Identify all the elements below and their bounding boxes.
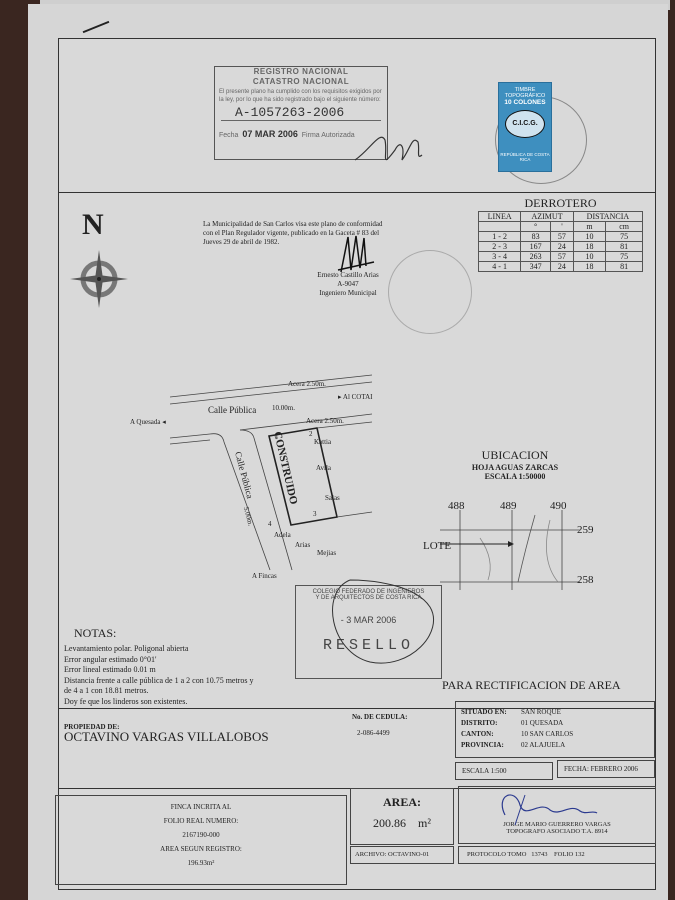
ubicacion-title: UBICACION <box>440 448 590 463</box>
area-unit: m² <box>418 816 431 830</box>
nota-line: Levantamiento polar. Poligonal abierta <box>64 644 299 655</box>
derrotero-cell: 3 - 4 <box>479 252 521 262</box>
neighbor-adela: Adela <box>274 531 291 540</box>
fecha-label: Fecha <box>219 132 238 139</box>
a-quesada-text: A Quesada <box>130 418 161 426</box>
signature-registro <box>350 120 430 180</box>
municipal-signer-block: Ernesto Castillo Arias A-9047 Ingeniero … <box>317 271 379 298</box>
notas-title: NOTAS: <box>74 626 116 641</box>
provincia-value: 02 ALAJUELA <box>521 740 573 751</box>
compass-rose-icon <box>68 248 130 310</box>
area-registro-label: AREA SEGUN REGISTRO: <box>56 842 346 856</box>
header-divider <box>58 192 656 193</box>
timbre-emblem: C.I.C.G. <box>505 110 545 138</box>
situacion-box: SITUADO EN: DISTRITO: CANTON: PROVINCIA:… <box>455 701 655 758</box>
provincia-label: PROVINCIA: <box>461 740 507 751</box>
neighbor-kattia: Kattia <box>314 438 331 447</box>
municipal-code: A-9047 <box>317 280 379 289</box>
municipal-signer: Ernesto Castillo Arias <box>317 271 379 280</box>
cedula-value: 2-086-4499 <box>357 729 390 737</box>
derrotero-cell: 10 <box>573 252 605 262</box>
folio-real-number: 2167190-000 <box>56 828 346 842</box>
stamp-title-2: CATASTRO NACIONAL <box>215 77 387 87</box>
sub-m: m <box>573 222 605 232</box>
area-box: AREA: 200.86 m² <box>350 788 454 845</box>
derrotero-cell: 4 - 1 <box>479 262 521 272</box>
col-azimut: AZIMUT <box>521 212 574 222</box>
site-sketch <box>140 370 410 590</box>
derrotero-cell: 167 <box>521 242 551 252</box>
a-quesada-label: A Quesada ◂ <box>130 418 166 427</box>
derrotero-cell: 57 <box>551 252 574 262</box>
timbre-footer: REPÚBLICA DE COSTA RICA <box>499 152 551 162</box>
a-fincas-label: A Fincas <box>252 572 277 581</box>
area-value: 200.86 <box>373 816 406 830</box>
area-label: AREA: <box>351 795 453 810</box>
escala-box: ESCALA 1:500 <box>455 762 553 780</box>
purpose-title: PARA RECTIFICACION DE AREA <box>442 678 621 693</box>
canton-label: CANTON: <box>461 729 507 740</box>
nota-line: de 4 a 1 con 18.81 metros. <box>64 686 299 697</box>
finca-line2: FOLIO REAL NUMERO: <box>56 814 346 828</box>
derrotero-table: DERROTERO LINEA AZIMUT DISTANCIA ° ' m c… <box>478 196 643 272</box>
derrotero-cell: 75 <box>606 232 643 242</box>
timbre-line1: TIMBRE TOPOGRÁFICO <box>499 87 551 99</box>
neighbor-avila: Avila <box>316 464 331 473</box>
sub-deg: ° <box>521 222 551 232</box>
calle-publica-horizontal: Calle Pública <box>208 405 256 415</box>
calle-width: 10.00m. <box>272 404 295 413</box>
derrotero-cell: 18 <box>573 262 605 272</box>
col-distancia: DISTANCIA <box>573 212 642 222</box>
al-cotai-label: ▸ Al COTAI <box>338 393 372 402</box>
derrotero-cell: 83 <box>521 232 551 242</box>
location-map <box>440 510 580 590</box>
registro-date: 07 MAR 2006 <box>242 129 298 139</box>
timbre-stamp: TIMBRE TOPOGRÁFICO 10 COLONES C.I.C.G. R… <box>498 82 552 172</box>
vertex-1: 1 <box>275 432 279 441</box>
firma-label: Firma Autorizada <box>302 132 355 139</box>
owner-name: OCTAVINO VARGAS VILLALOBOS <box>64 729 269 745</box>
sub-min: ' <box>551 222 574 232</box>
folio-value: 132 <box>575 851 585 858</box>
derrotero-cell: 347 <box>521 262 551 272</box>
derrotero-cell: 24 <box>551 262 574 272</box>
protocolo-box: PROTOCOLO TOMO 13743 FOLIO 132 <box>458 846 656 864</box>
situado-value: SAN ROQUE <box>521 707 573 718</box>
derrotero-row: 4 - 1347241881 <box>479 262 643 272</box>
municipal-seal <box>388 250 472 334</box>
municipal-role: Ingeniero Municipal <box>317 289 379 298</box>
derrotero-cell: 24 <box>551 242 574 252</box>
situado-label: SITUADO EN: <box>461 707 507 718</box>
neighbor-arias: Arias <box>295 541 310 550</box>
protocolo-label: PROTOCOLO TOMO <box>467 851 526 858</box>
derrotero-cell: 75 <box>606 252 643 262</box>
nota-line: Doy fe que los linderos son existentes. <box>64 697 299 708</box>
area-registro-value: 196.93m² <box>56 856 346 870</box>
nota-line: Error lineal estimado 0.01 m <box>64 665 299 676</box>
north-letter: N <box>82 208 104 242</box>
derrotero-cell: 10 <box>573 232 605 242</box>
sub-0 <box>479 222 521 232</box>
cedula-label: No. DE CEDULA: <box>352 713 407 721</box>
ubicacion-hoja: HOJA AGUAS ZARCAS <box>440 463 590 472</box>
archivo-box: ARCHIVO: OCTAVINO-01 <box>350 846 454 864</box>
signature-topografo <box>485 785 605 840</box>
neighbor-mejias: Mejias <box>317 549 336 558</box>
ubicacion-block: UBICACION HOJA AGUAS ZARCAS ESCALA 1:500… <box>440 448 590 481</box>
canton-value: 10 SAN CARLOS <box>521 729 573 740</box>
neighbor-salas: Salas <box>325 494 340 503</box>
vertex-4: 4 <box>268 520 272 529</box>
derrotero-cell: 1 - 2 <box>479 232 521 242</box>
derrotero-title: DERROTERO <box>478 196 643 211</box>
vertex-2: 2 <box>309 430 313 439</box>
plano-number: A-1057263-2006 <box>221 105 381 121</box>
acera-top-label: Acera 2.50m. <box>288 380 326 389</box>
stamp-title-1: REGISTRO NACIONAL <box>215 67 387 77</box>
finca-box: FINCA INCRITA AL FOLIO REAL NUMERO: 2167… <box>55 795 347 885</box>
acera-bottom-label: Acera 2.50m. <box>306 417 344 426</box>
derrotero-row: 3 - 4263571075 <box>479 252 643 262</box>
notas-list: Levantamiento polar. Poligonal abiertaEr… <box>64 644 299 707</box>
col-linea: LINEA <box>479 212 521 222</box>
derrotero-cell: 57 <box>551 232 574 242</box>
protocolo-tomo: 13743 <box>531 851 547 858</box>
vertex-3: 3 <box>313 510 317 519</box>
folio-label: FOLIO <box>554 851 573 858</box>
derrotero-row: 2 - 3167241881 <box>479 242 643 252</box>
derrotero-cell: 81 <box>606 242 643 252</box>
finca-line1: FINCA INCRITA AL <box>56 800 346 814</box>
distrito-value: 01 QUESADA <box>521 718 573 729</box>
derrotero-cell: 2 - 3 <box>479 242 521 252</box>
al-cotai-text: Al COTAI <box>343 393 373 401</box>
derrotero-row: 1 - 283571075 <box>479 232 643 242</box>
derrotero-cell: 263 <box>521 252 551 262</box>
sub-cm: cm <box>606 222 643 232</box>
ubicacion-escala: ESCALA 1:50000 <box>440 472 590 481</box>
stamp-body: El presente plano ha cumplido con los re… <box>215 87 387 105</box>
derrotero-cell: 18 <box>573 242 605 252</box>
nota-line: Error angular estimado 0°01' <box>64 655 299 666</box>
timbre-line2: 10 COLONES <box>499 99 551 106</box>
fecha-box: FECHA: FEBRERO 2006 <box>557 760 655 778</box>
nota-line: Distancia frente a calle pública de 1 a … <box>64 676 299 687</box>
signature-colegio <box>310 572 445 682</box>
distrito-label: DISTRITO: <box>461 718 507 729</box>
derrotero-cell: 81 <box>606 262 643 272</box>
